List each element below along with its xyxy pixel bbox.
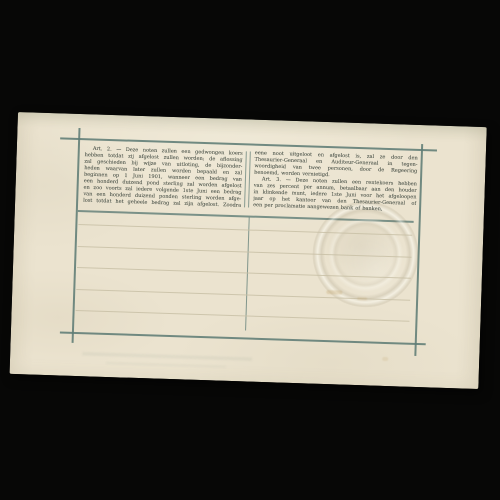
regulations-text-right-column: eene noot uitgeloot en afgelost is, zal …	[253, 150, 418, 214]
foxing-spot	[382, 357, 388, 361]
banknote-paper: Art. 2. — Deze noten zullen een gedwonge…	[10, 112, 487, 389]
frame-bottom-line	[60, 331, 426, 345]
foxing-spot	[357, 297, 367, 300]
foxing-spot	[326, 290, 342, 295]
regulations-text-left-column: Art. 2. — Deze noten zullen een gedwonge…	[83, 145, 243, 209]
ledger-ruled-line	[76, 310, 410, 322]
ghost-mark	[82, 352, 252, 360]
column-divider-line-a	[244, 151, 247, 207]
ledger-center-divider-line	[245, 217, 250, 330]
ghost-mark	[106, 362, 226, 368]
photo-background: Art. 2. — Deze noten zullen een gedwonge…	[0, 0, 500, 500]
column-divider-line-b	[248, 152, 251, 208]
